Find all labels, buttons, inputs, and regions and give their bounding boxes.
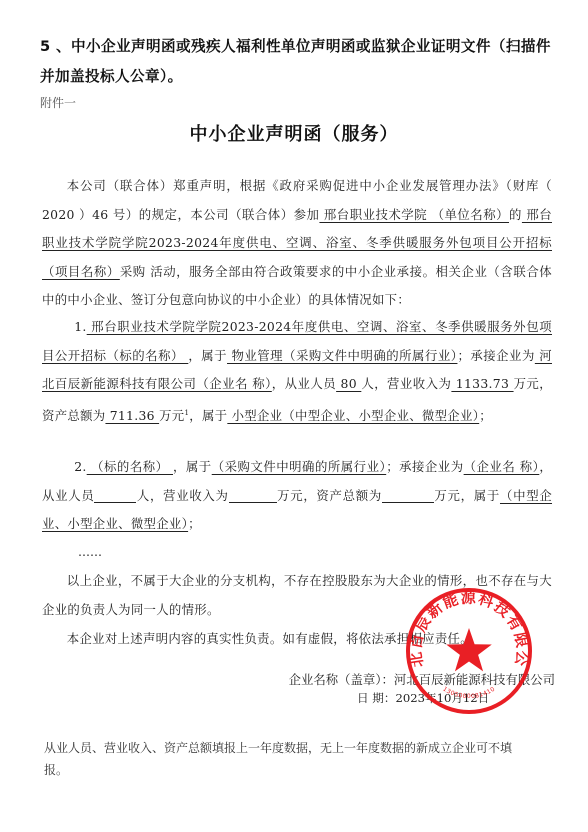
type-label: 万元，属于 bbox=[434, 488, 500, 503]
truth-statement: 本企业对上述声明内容的真实性负责。如有虚假，将依法承担相应责任。 bbox=[42, 625, 552, 654]
type-label: ，属于 bbox=[189, 408, 227, 423]
assets-field: 711.36 bbox=[105, 408, 159, 423]
assets-label: 万元，资产总额为 bbox=[277, 488, 382, 503]
ellipsis: …… bbox=[78, 538, 588, 567]
signature-company: 企业名称（盖章）：河北百辰新能源科技有限公司 bbox=[255, 670, 555, 689]
footnote: 从业人员、营业收入、资产总额填报上一年度数据，无上一年度数据的新成立企业可不填报… bbox=[44, 737, 524, 781]
belongs-label: ，属于 bbox=[173, 459, 212, 474]
section-heading: 5 、中小企业声明函或残疾人福利性单位声明函或监狱企业证明文件（扫描件并加盖投标… bbox=[40, 32, 560, 92]
item-end: ； bbox=[188, 516, 201, 531]
revenue-label: 人，营业收入为 bbox=[361, 376, 451, 391]
document-title: 中小企业声明函（服务） bbox=[0, 120, 588, 146]
revenue-field: 1133.73 bbox=[451, 376, 513, 391]
staff-label: ，从业人员 bbox=[272, 376, 336, 391]
revenue-label: 人，营业收入为 bbox=[136, 488, 228, 503]
enterprise-item-2: 2. （标的名称） ，属于（采购文件中明确的所属行业）；承接企业为（企业名 称）… bbox=[42, 453, 552, 539]
staff-blank bbox=[94, 488, 136, 503]
company-seal-label: 企业名称（盖章）： bbox=[289, 672, 394, 687]
contractor-label: ；承接企业为 bbox=[457, 348, 534, 363]
enterprise-type-field: 小型企业（中型企业、小型企业、微型企业） bbox=[227, 408, 479, 423]
document-page: 5 、中小企业声明函或残疾人福利性单位声明函或监狱企业证明文件（扫描件并加盖投标… bbox=[0, 0, 588, 832]
assets-blank bbox=[382, 488, 434, 503]
unit-name-field: 邢台职业技术学院 （单位名称） bbox=[319, 207, 509, 222]
intro-text-2: 的 bbox=[509, 207, 522, 222]
subject-name-field: （标的名称） bbox=[87, 459, 173, 474]
date-label: 日 期： bbox=[357, 691, 395, 705]
intro-paragraph: 本公司（联合体）郑重声明，根据《政府采购促进中小企业发展管理办法》（财库（ 20… bbox=[42, 172, 552, 315]
belongs-label: ，属于 bbox=[188, 348, 227, 363]
signature-block: 企业名称（盖章）：河北百辰新能源科技有限公司 日 期：2023年10月12日 bbox=[255, 670, 555, 708]
attachment-label: 附件一 bbox=[40, 94, 76, 111]
company-field: （企业名 称） bbox=[464, 459, 540, 474]
item-number: 1. bbox=[67, 319, 87, 334]
contractor-label: ；承接企业为 bbox=[386, 459, 463, 474]
no-large-enterprise-statement: 以上企业，不属于大企业的分支机构，不存在控股股东为大企业的情形，也不存在与大企业… bbox=[42, 567, 552, 624]
industry-field: （采购文件中明确的所属行业） bbox=[212, 459, 386, 474]
date-value: 2023年10月12日 bbox=[395, 691, 489, 705]
staff-field: 80 bbox=[336, 376, 361, 391]
revenue-blank bbox=[229, 488, 277, 503]
assets-unit: 万元 bbox=[159, 408, 184, 423]
industry-field: 物业管理（采购文件中明确的所属行业） bbox=[227, 348, 457, 363]
item-end: ； bbox=[479, 408, 492, 423]
company-seal-name: 河北百辰新能源科技有限公司 bbox=[394, 672, 555, 687]
enterprise-item-1: 1. 邢台职业技术学院学院2023-2024年度供电、空调、浴室、冬季供暖服务外… bbox=[42, 313, 552, 430]
item-number: 2. bbox=[67, 459, 87, 474]
signature-date: 日 期：2023年10月12日 bbox=[255, 689, 555, 708]
